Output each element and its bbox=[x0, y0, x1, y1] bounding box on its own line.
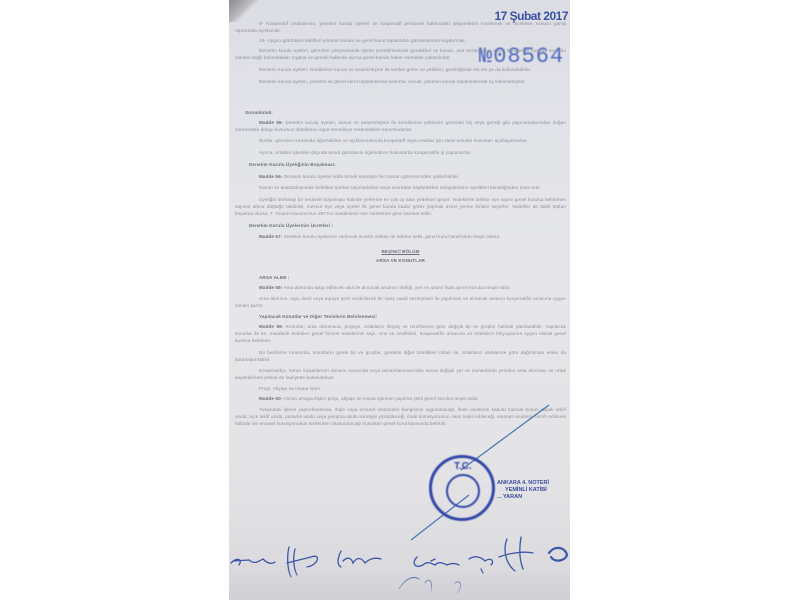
notary-line: YEMİNLİ KATİBİ bbox=[497, 487, 549, 494]
seal-emblem: T.C. bbox=[454, 461, 472, 472]
seal-crescent-icon bbox=[446, 474, 480, 508]
stamp-arrow-lines bbox=[229, 0, 570, 600]
signature-strokes bbox=[231, 537, 567, 593]
notary-line: ANKARA 4. NOTERİ bbox=[497, 480, 549, 487]
notary-line: ... YARAN bbox=[497, 494, 549, 501]
notary-stamp-text: ANKARA 4. NOTERİ YEMİNLİ KATİBİ ... YARA… bbox=[497, 480, 549, 501]
document-page: 17 Şubat 2017 №08564 9- Kooperatif ortak… bbox=[229, 0, 570, 600]
signatures bbox=[229, 535, 570, 600]
notary-seal: T.C. bbox=[429, 455, 495, 521]
